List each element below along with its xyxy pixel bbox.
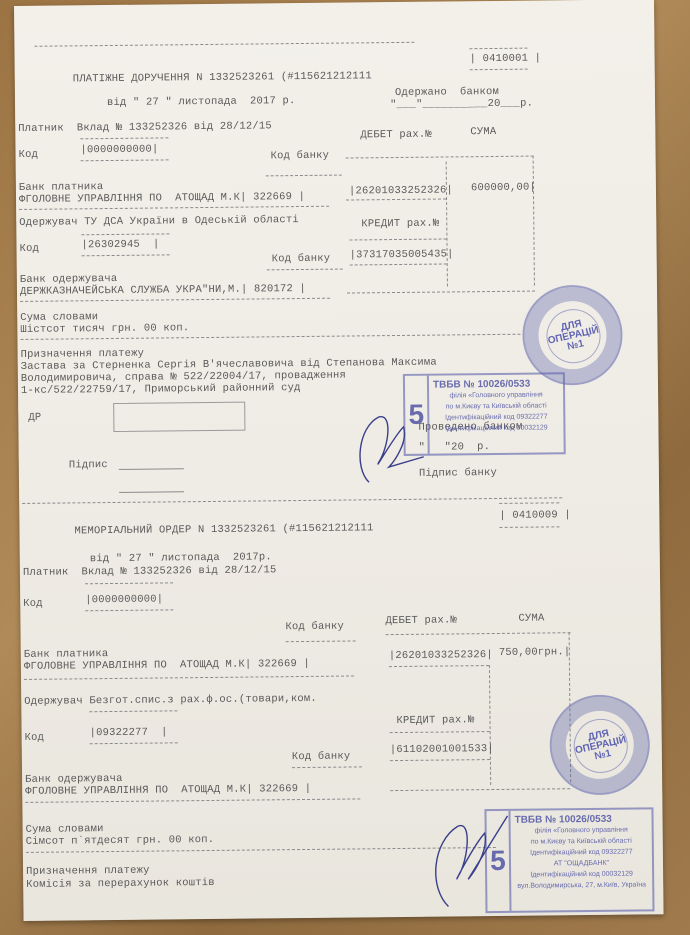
signature-line — [119, 468, 184, 470]
credit-label: КРЕДИТ рах.№ — [396, 714, 474, 727]
payer-line: Платник Вклад № 133252326 від 28/12/15 — [18, 120, 272, 135]
payer-bank-label: Банк платника — [19, 181, 104, 194]
debit-account: |26201033252326| — [349, 184, 453, 197]
table-border — [20, 298, 330, 302]
table-border — [266, 175, 342, 177]
purpose-text: Комісія за перерахунок коштів — [26, 877, 215, 891]
sum-words: Сімсот п`ятдесят грн. 00 коп. — [26, 834, 215, 848]
form-code-border — [470, 69, 528, 71]
recipient-code: |09322277 | — [90, 726, 168, 739]
table-border — [350, 263, 447, 265]
sum-label: СУМА — [470, 126, 496, 138]
code-border — [81, 233, 169, 235]
payer-bank-name: ФГОЛОВНЕ УПРАВЛІННЯ ПО АТОЩАД М.К| 32266… — [19, 191, 305, 206]
handwritten-signature — [348, 407, 429, 488]
purpose-label: Призначення платежу — [26, 865, 150, 878]
sum-words-label: Сума словами — [20, 311, 98, 324]
signature-line — [119, 491, 184, 493]
stamp-text: Ідентифікаційний код 09322277 — [515, 846, 648, 858]
form-code: | 0410001 | — [470, 52, 542, 65]
table-border — [346, 156, 534, 159]
recipient-line: Одержувач ТУ ДСА України в Одеській обла… — [19, 214, 299, 229]
table-border — [533, 156, 535, 286]
form-code-border — [499, 502, 559, 504]
document-paper: | 0410001 | ПЛАТІЖНЕ ДОРУЧЕННЯ N 1332523… — [14, 0, 664, 921]
sum-words-label: Сума словами — [26, 823, 104, 836]
credit-account: |37317035005435| — [350, 248, 454, 261]
recipient-bank-name: ДЕРЖКАЗНАЧЕЙСЬКА СЛУЖБА УКРА"НИ,М.| 8201… — [20, 283, 306, 298]
dr-label: ДР — [28, 412, 41, 424]
recipient-bank-name: ФГОЛОВНЕ УПРАВЛІННЯ ПО АТОЩАД М.К| 32266… — [25, 783, 311, 798]
debit-account: |26201033252326| — [389, 649, 493, 662]
bank-code-label: Код банку — [271, 150, 330, 163]
payer-bank-name: ФГОЛОВНЕ УПРАВЛІННЯ ПО АТОЩАД М.К| 32266… — [24, 658, 310, 673]
amount: 600000,00| — [471, 182, 536, 195]
recipient-code: |26302945 | — [81, 238, 159, 251]
code-border — [80, 137, 168, 139]
code-border — [90, 742, 178, 744]
table-border — [24, 675, 354, 679]
stamp-text: №1 — [594, 749, 612, 762]
credit-label: КРЕДИТ рах.№ — [361, 218, 439, 231]
bank-code-label: Код банку — [285, 621, 344, 634]
bank-code-label: Код банку — [272, 253, 331, 266]
table-border — [349, 238, 446, 240]
form-code-border — [469, 48, 527, 50]
memorial-order-date: від " 27 " листопада 2017р. — [90, 551, 272, 565]
table-border — [390, 731, 490, 733]
stamp-text: вул.Володимирська, 27, м.Київ, Україна — [515, 879, 648, 891]
dr-box — [113, 402, 245, 432]
table-border — [25, 798, 360, 803]
round-stamp: ДЛЯ ОПЕРАЦІЙ №1 — [549, 694, 650, 795]
stamp-text: №1 — [566, 339, 584, 352]
debit-label: ДЕБЕТ рах.№ — [360, 129, 432, 142]
memorial-order-title: МЕМОРІАЛЬНИЙ ОРДЕР N 1332523261 (#115621… — [74, 522, 373, 537]
bank-signature-label: Підпис банку — [419, 467, 497, 480]
table-border — [390, 788, 570, 791]
table-border — [286, 640, 356, 642]
payment-order-date: від " 27 " листопада 2017 р. — [107, 95, 296, 109]
recipient-line: Одержувач Безгот.спис.з рах.ф.ос.(товари… — [24, 693, 317, 708]
table-border — [390, 759, 490, 761]
recipient-bank-label: Банк одержувача — [25, 773, 123, 786]
code-label: Код — [18, 149, 38, 161]
handwritten-signature — [422, 811, 513, 912]
table-border — [446, 161, 448, 286]
tear-line — [22, 497, 562, 504]
recipient-bank-label: Банк одержувача — [20, 273, 118, 286]
code-label: Код — [25, 732, 45, 744]
sum-label: СУМА — [518, 612, 544, 624]
sum-words: Шістсот тисяч грн. 00 коп. — [20, 322, 189, 336]
payer-code: |0000000000| — [85, 593, 163, 606]
signature-label: Підпис — [69, 459, 108, 471]
received-date: "___"__________20___р. — [390, 98, 533, 111]
payer-line: Платник Вклад № 133252326 від 28/12/15 — [23, 564, 277, 579]
table-border — [389, 665, 489, 667]
table-border — [347, 291, 535, 294]
code-border — [85, 582, 173, 584]
stamp-text: Ідентифікаційний код 00032129 — [433, 422, 559, 434]
code-label: Код — [19, 243, 39, 255]
code-border — [89, 710, 177, 712]
payer-bank-label: Банк платника — [24, 648, 109, 661]
table-border — [346, 198, 446, 200]
table-border — [489, 665, 491, 785]
form-code: | 0410009 | — [499, 509, 571, 522]
received-label: Одержано банком — [395, 86, 499, 99]
table-border — [292, 766, 362, 768]
amount: 750,00грн.| — [499, 646, 571, 659]
code-border — [85, 609, 173, 611]
tear-line — [34, 42, 414, 47]
credit-account: |61102001001533| — [390, 743, 494, 756]
table-border — [19, 206, 329, 210]
purpose-line: 1-кс/522/22759/17, Приморський районний … — [21, 382, 301, 397]
code-label: Код — [23, 598, 43, 610]
form-code-border — [499, 526, 559, 528]
bank-code-label: Код банку — [292, 751, 351, 764]
payment-order-title: ПЛАТІЖНЕ ДОРУЧЕННЯ N 1332523261 (#115621… — [73, 70, 372, 85]
code-border — [81, 159, 169, 161]
code-border — [82, 254, 170, 256]
payer-code: |0000000000| — [80, 143, 158, 156]
table-border — [386, 632, 571, 635]
round-stamp: ДЛЯ ОПЕРАЦІЙ №1 — [522, 285, 623, 386]
table-border — [267, 269, 343, 271]
debit-label: ДЕБЕТ рах.№ — [385, 614, 457, 627]
